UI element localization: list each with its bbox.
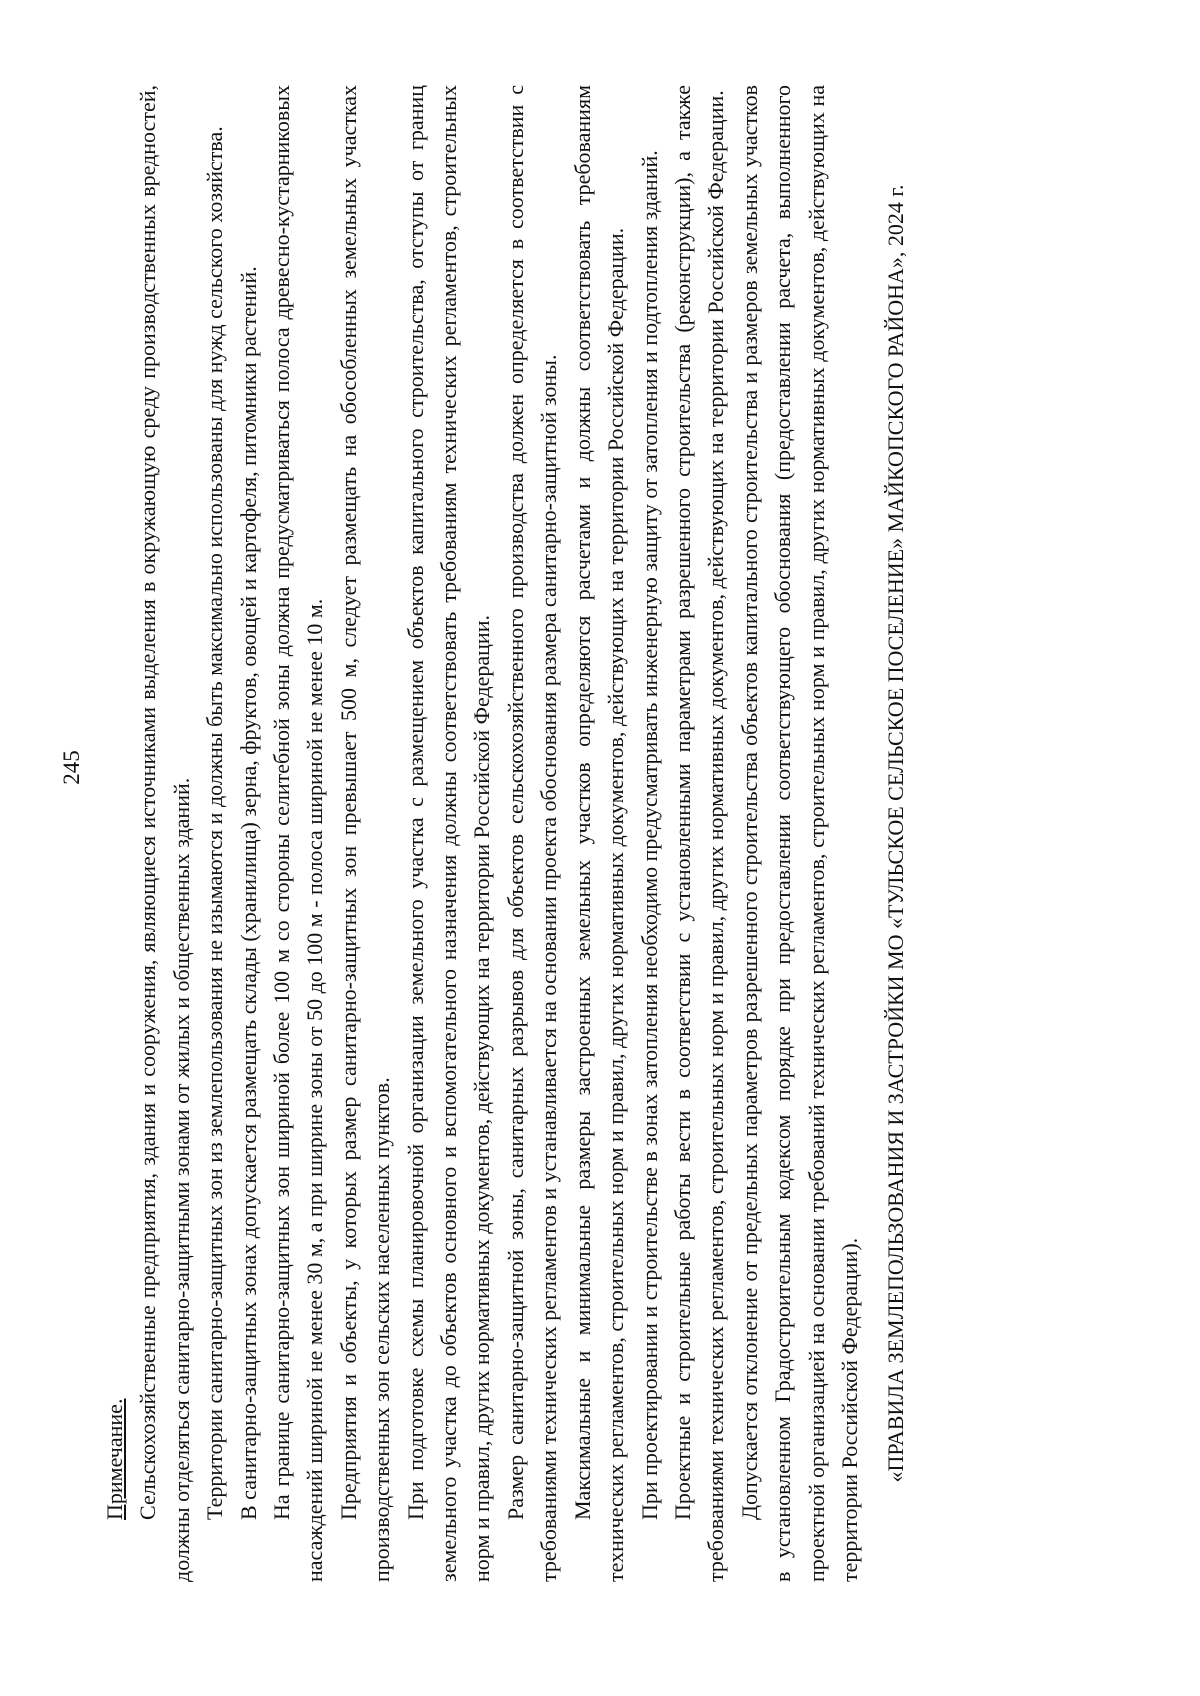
page-content: Примечание. Сельскохозяйственные предпри…	[98, 85, 913, 1582]
paragraph: Допускается отклонение от предельных пар…	[733, 85, 867, 1582]
note-heading-text: Примечание.	[102, 1399, 127, 1520]
document-footer: «ПРАВИЛА ЗЕМЛЕПОЛЬЗОВАНИЯ И ЗАСТРОЙКИ МО…	[879, 85, 912, 1582]
paragraph: На границе санитарно-защитных зон ширино…	[265, 85, 332, 1582]
paragraph: В санитарно-защитных зонах допускается р…	[232, 85, 265, 1582]
paragraph: Проектные и строительные работы вести в …	[666, 85, 733, 1582]
paragraph: Размер санитарно-защитной зоны, санитарн…	[499, 85, 566, 1582]
paragraph: Сельскохозяйственные предприятия, здания…	[131, 85, 198, 1582]
paragraph: При проектировании и строительстве в зон…	[633, 85, 666, 1582]
page-number: 245	[58, 19, 86, 1516]
paragraph: При подготовке схемы планировочной орган…	[399, 85, 499, 1582]
rotated-document-sheet: 245 Примечание. Сельскохозяйственные пре…	[0, 0, 1200, 1696]
paragraph: Предприятия и объекты, у которых размер …	[332, 85, 399, 1582]
paragraph: Территории санитарно-защитных зон из зем…	[198, 85, 231, 1582]
paragraph: Максимальные и минимальные размеры застр…	[566, 85, 633, 1582]
note-heading: Примечание.	[98, 85, 131, 1582]
